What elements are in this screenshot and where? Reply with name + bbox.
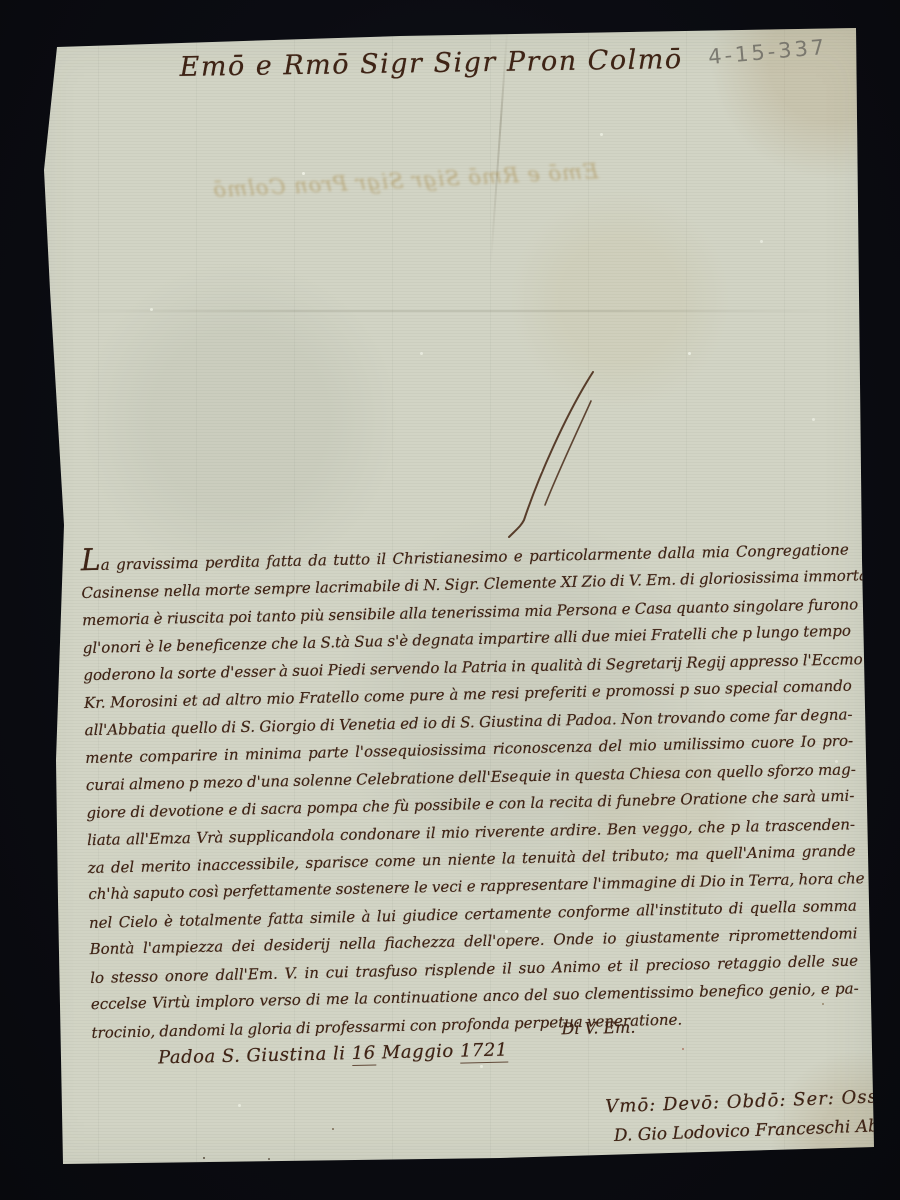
- paper-edge-shading: [0, 0, 900, 1200]
- photo-background: Emō e Rmō Sigr Sigr Pron Colmō Emō e Rmō…: [0, 0, 900, 1200]
- paper-flecks-light: [0, 0, 3, 3]
- letter-paper: Emō e Rmō Sigr Sigr Pron Colmō Emō e Rmō…: [0, 0, 900, 1200]
- paper-flecks-dark: [0, 0, 2, 2]
